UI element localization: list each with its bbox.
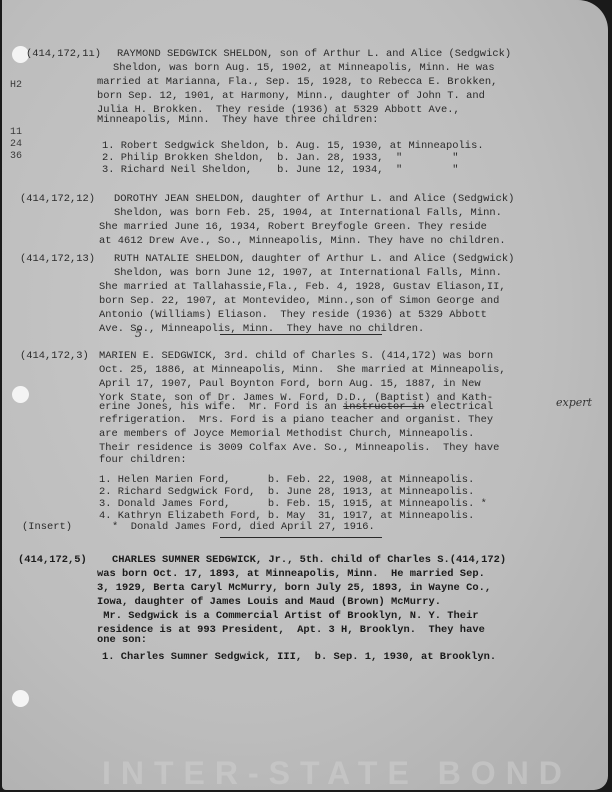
entry-line: Sheldon, was born Aug. 15, 1902, at Minn… <box>113 62 495 74</box>
separator <box>220 334 382 335</box>
line-text: erine Jones, his wife. Mr. Ford is an <box>99 401 343 413</box>
entry-line: at 4612 Drew Ave., So., Minneapolis, Min… <box>99 235 506 247</box>
child-line: 2. Philip Brokken Sheldon, b. Jan. 28, 1… <box>102 152 459 164</box>
entry-line: married at Marianna, Fla., Sep. 15, 1928… <box>97 76 497 88</box>
entry-line: are members of Joyce Memorial Methodist … <box>99 428 474 440</box>
entry-id: (414,172,5) <box>18 554 87 566</box>
margin-note: H2 <box>10 80 22 91</box>
entry-line: Mr. Sedgwick is a Commercial Artist of B… <box>97 610 479 622</box>
entry-line: refrigeration. Mrs. Ford is a piano teac… <box>99 414 493 426</box>
entry-line: Minneapolis, Minn. They have three child… <box>97 114 379 126</box>
line-text: electrical <box>424 401 493 413</box>
punch-hole <box>12 690 29 707</box>
punch-hole <box>12 386 29 403</box>
entry-line: Sheldon, was born June 12, 1907, at Inte… <box>114 267 502 279</box>
insert-label: (Insert) <box>22 521 72 533</box>
entry-line: Oct. 25, 1886, at Minneapolis, Minn. She… <box>99 364 506 376</box>
entry-id: (414,172,13) <box>20 253 95 265</box>
entry-line: CHARLES SUMNER SEDGWICK, Jr., 5th. child… <box>112 554 506 566</box>
entry-id: (414,172,1ı) <box>26 48 101 60</box>
entry-line: Sheldon, was born Feb. 25, 1904, at Inte… <box>114 207 502 219</box>
handwritten-correction: expert <box>556 396 592 409</box>
entry-line: Their residence is 3009 Colfax Ave. So.,… <box>99 442 499 454</box>
entry-line: 3, 1929, Berta Caryl McMurry, born July … <box>97 582 491 594</box>
margin-note: 36 <box>10 151 22 162</box>
pen-mark: 5 <box>135 327 142 340</box>
entry-line: She married June 16, 1934, Robert Breyfo… <box>99 221 487 233</box>
child-line: 1. Helen Marien Ford, b. Feb. 22, 1908, … <box>99 474 474 486</box>
separator <box>220 537 382 538</box>
entry-line: erine Jones, his wife. Mr. Ford is an in… <box>99 401 493 413</box>
insert-note: * Donald James Ford, died April 27, 1916… <box>112 521 375 533</box>
entry-line: Antonio (Williams) Eliason. They reside … <box>99 309 487 321</box>
watermark: INTER-STATE BOND <box>102 755 572 792</box>
entry-line: one son: <box>97 634 147 646</box>
struck-text: instructor in <box>343 401 424 413</box>
entry-line: April 17, 1907, Paul Boynton Ford, born … <box>99 378 481 390</box>
entry-line: born Sep. 22, 1907, at Montevideo, Minn.… <box>99 295 499 307</box>
margin-note: 24 <box>10 139 22 150</box>
document-page: H2 11 24 36 (414,172,1ı) RAYMOND SEDGWIC… <box>2 0 608 790</box>
entry-line: DOROTHY JEAN SHELDON, daughter of Arthur… <box>114 193 514 205</box>
entry-id: (414,172,12) <box>20 193 95 205</box>
entry-line: She married at Tallahassie,Fla., Feb. 4,… <box>99 281 506 293</box>
entry-line: residence is at 993 President, Apt. 3 H,… <box>97 624 485 636</box>
margin-note: 11 <box>10 127 22 138</box>
entry-id: (414,172,3) <box>20 350 89 362</box>
entry-line: born Sep. 12, 1901, at Harmony, Minn., d… <box>97 90 485 102</box>
entry-line: four children: <box>99 454 187 466</box>
child-line: 3. Donald James Ford, b. Feb. 15, 1915, … <box>99 498 487 510</box>
child-line: 2. Richard Sedgwick Ford, b. June 28, 19… <box>99 486 474 498</box>
entry-line: RAYMOND SEDGWICK SHELDON, son of Arthur … <box>117 48 511 60</box>
entry-line: was born Oct. 17, 1893, at Minneapolis, … <box>97 568 485 580</box>
child-line: 1. Charles Sumner Sedgwick, III, b. Sep.… <box>102 651 496 663</box>
entry-line: Iowa, daughter of James Louis and Maud (… <box>97 596 441 608</box>
entry-line: RUTH NATALIE SHELDON, daughter of Arthur… <box>114 253 514 265</box>
entry-line: MARIEN E. SEDGWICK, 3rd. child of Charle… <box>99 350 493 362</box>
child-line: 3. Richard Neil Sheldon, b. June 12, 193… <box>102 164 459 176</box>
child-line: 1. Robert Sedgwick Sheldon, b. Aug. 15, … <box>102 140 484 152</box>
